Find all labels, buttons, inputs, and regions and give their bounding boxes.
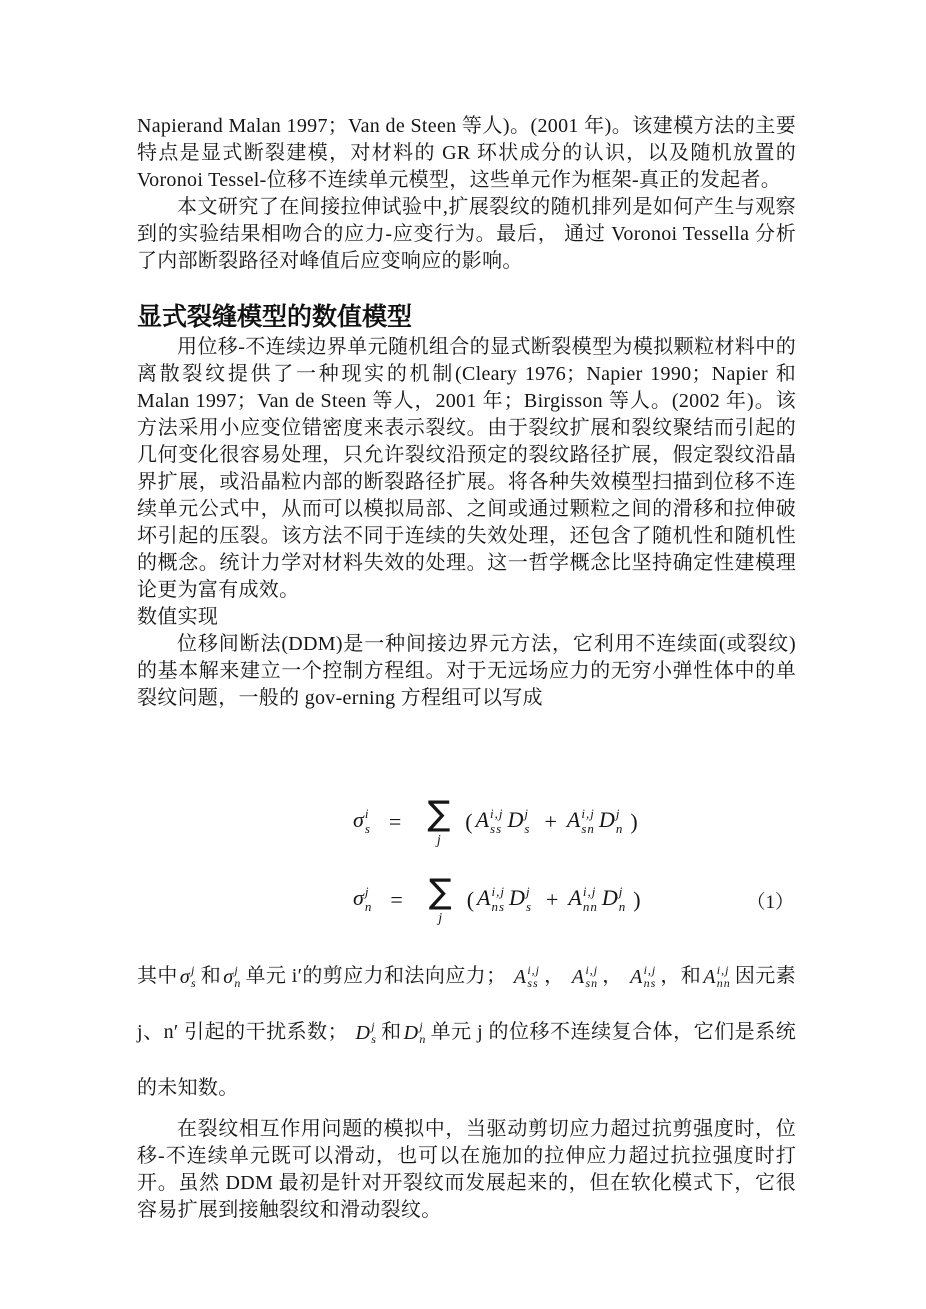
- eq2-term-Ds: Djs: [509, 885, 536, 915]
- equation-2-row: σjn = ∑ j ( Ai,jns Djs + Ai,jnn: [137, 872, 796, 928]
- sigma-symbol: σ: [353, 807, 364, 832]
- inline-A-nn: Ai,jnn: [703, 964, 733, 990]
- paragraph-closing: 在裂纹相互作用问题的模拟中，当驱动剪切应力超过抗剪强度时，位移-不连续单元既可以…: [137, 1116, 796, 1224]
- close-paren: ): [633, 887, 640, 913]
- inline-sigma-n: σjn: [223, 964, 243, 990]
- inline-A-sn: Ai,jsn: [572, 964, 600, 990]
- open-paren: (: [467, 887, 474, 913]
- paragraph-intro: Napierand Malan 1997；Van de Steen 等人)。(2…: [137, 113, 796, 194]
- equation-2-normal: σjn = ∑ j ( Ai,jns Djs + Ai,jnn: [353, 872, 644, 928]
- eq2-term-Dn: Djn: [602, 885, 630, 915]
- eq1-term-Ass: Ai,jss: [476, 807, 508, 837]
- section-heading: 显式裂缝模型的数值模型: [137, 301, 796, 334]
- plus-sign: +: [546, 887, 558, 913]
- equation-block: σis = ∑ j ( Ai,jss Djs + Ai,jsn Djn ): [137, 794, 796, 928]
- equation-1-shear: σis = ∑ j ( Ai,jss Djs + Ai,jsn Djn ): [353, 794, 796, 850]
- inline-D-n: Djn: [404, 1020, 429, 1046]
- paragraph-model-description: 用位移-不连续边界单元随机组合的显式断裂模型为模拟颗粒材料中的离散裂纹提供了一种…: [137, 334, 796, 604]
- equals-sign: =: [389, 809, 401, 835]
- eq2-lhs: σjn: [353, 885, 376, 915]
- eq1-term-Dn: Djn: [599, 807, 627, 837]
- paragraph-abstract: 本文研究了在间接拉伸试验中,扩展裂纹的随机排列是如何产生与观察到的实验结果相吻合…: [137, 194, 796, 275]
- open-paren: (: [465, 809, 472, 835]
- eq1-term-Asn: Ai,jsn: [567, 807, 599, 837]
- sigma-symbol: σ: [353, 885, 364, 910]
- inline-sigma-s: σjs: [180, 964, 199, 990]
- close-paren: ): [630, 809, 637, 835]
- eq1-term-Ds: Djs: [508, 807, 535, 837]
- plus-sign: +: [544, 809, 556, 835]
- subsection-heading: 数值实现: [137, 604, 796, 631]
- paragraph-symbol-definitions: 其中σjs和σjn单元 i′的剪应力和法向应力； Ai,jss， Ai,jsn，…: [137, 948, 796, 1116]
- eq2-term-Ans: Ai,jns: [477, 885, 509, 915]
- equation-number: （1）: [746, 887, 794, 914]
- eq1-lhs: σis: [353, 807, 375, 837]
- inline-A-ss: Ai,jss: [514, 964, 542, 990]
- document-page: Napierand Malan 1997；Van de Steen 等人)。(2…: [0, 0, 926, 1309]
- equals-sign: =: [390, 887, 402, 913]
- paragraph-ddm: 位移间断法(DDM)是一种间接边界元方法，它利用不连续面(或裂纹)的基本解来建立…: [137, 631, 796, 712]
- summation-symbol: ∑ j: [427, 797, 450, 848]
- summation-symbol: ∑ j: [429, 875, 452, 926]
- inline-D-s: Djs: [355, 1020, 378, 1046]
- inline-A-ns: Ai,jns: [630, 964, 658, 990]
- eq2-term-Ann: Ai,jnn: [568, 885, 601, 915]
